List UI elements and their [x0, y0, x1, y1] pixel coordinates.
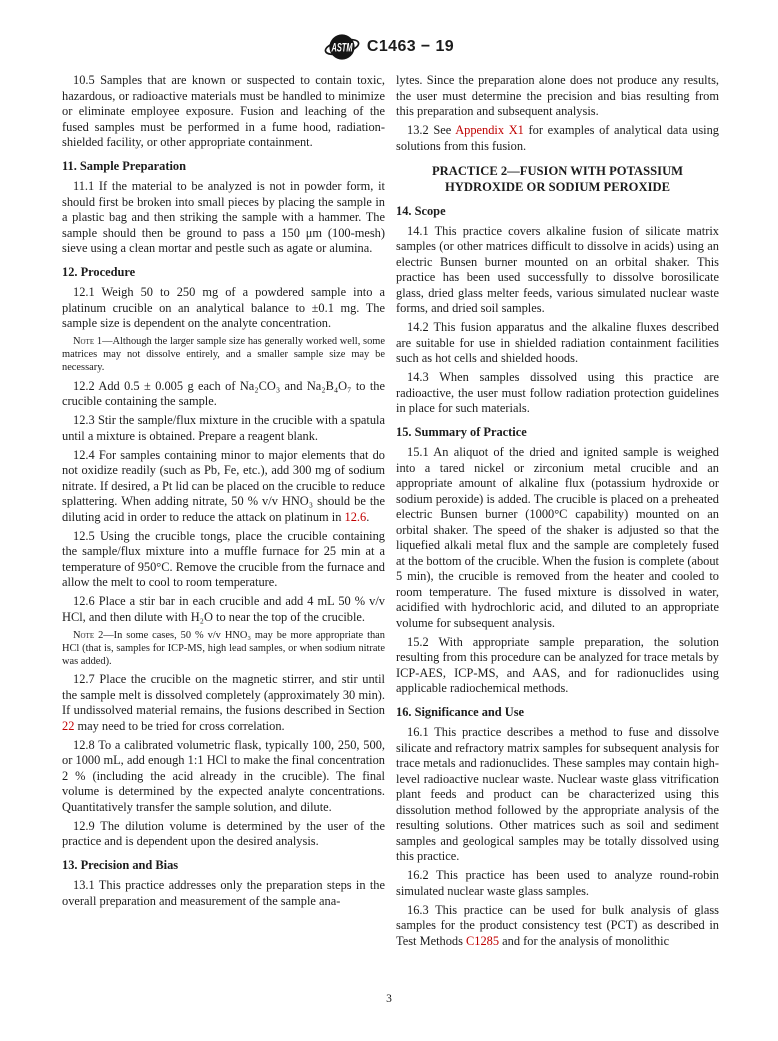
- paragraph: 12.6 Place a stir bar in each crucible a…: [62, 594, 385, 625]
- paragraph: 14.1 This practice covers alkaline fusio…: [396, 224, 719, 317]
- section-heading: 14. Scope: [396, 204, 719, 220]
- section-heading: 11. Sample Preparation: [62, 159, 385, 175]
- paragraph: 16.3 This practice can be used for bulk …: [396, 903, 719, 950]
- page-number: 3: [386, 993, 392, 1005]
- cross-reference-link[interactable]: 12.6: [345, 510, 367, 524]
- text-run: 12.6 Place a stir bar in each crucible a…: [62, 594, 385, 624]
- text-run: Note: [73, 336, 94, 347]
- left-column: 10.5 Samples that are known or suspected…: [62, 73, 385, 953]
- text-run: 14.2 This fusion apparatus and the alkal…: [396, 320, 719, 365]
- paragraph: 11.1 If the material to be analyzed is n…: [62, 179, 385, 257]
- note-paragraph: Note 1—Although the larger sample size h…: [62, 335, 385, 374]
- text-run: 12.1 Weigh 50 to 250 mg of a powdered sa…: [62, 285, 385, 330]
- paragraph: 12.4 For samples containing minor to maj…: [62, 448, 385, 526]
- text-run: 12.3 Stir the sample/flux mixture in the…: [62, 413, 385, 443]
- page-header: ASTM C1463 − 19: [0, 32, 778, 62]
- text-run: 2—In some cases, 50 % v/v HNO₃ may be mo…: [62, 630, 385, 667]
- paragraph: 16.1 This practice describes a method to…: [396, 725, 719, 865]
- section-heading: 13. Precision and Bias: [62, 858, 385, 874]
- text-run: 16.2 This practice has been used to anal…: [396, 868, 719, 898]
- paragraph: 10.5 Samples that are known or suspected…: [62, 73, 385, 151]
- svg-text:ASTM: ASTM: [331, 43, 353, 55]
- text-run: lytes. Since the preparation alone does …: [396, 73, 719, 118]
- cross-reference-link[interactable]: 22: [62, 719, 74, 733]
- section-heading: 15. Summary of Practice: [396, 425, 719, 441]
- text-run: 12.8 To a calibrated volumetric flask, t…: [62, 738, 385, 814]
- paragraph: 12.3 Stir the sample/flux mixture in the…: [62, 413, 385, 444]
- paragraph: 13.2 See Appendix X1 for examples of ana…: [396, 123, 719, 154]
- text-run: and for the analysis of monolithic: [499, 934, 669, 948]
- text-run: 15.2 With appropriate sample preparation…: [396, 635, 719, 696]
- paragraph: 12.1 Weigh 50 to 250 mg of a powdered sa…: [62, 285, 385, 332]
- text-run: 12.2 Add 0.5 ± 0.005 g each of Na₂CO₃ an…: [62, 379, 385, 409]
- text-run: 14.1 This practice covers alkaline fusio…: [396, 224, 719, 316]
- text-run: 16.1 This practice describes a method to…: [396, 725, 719, 863]
- page-footer: 3: [0, 993, 778, 1005]
- astm-logo-icon: ASTM: [324, 32, 360, 62]
- text-run: 12.4 For samples containing minor to maj…: [62, 448, 385, 524]
- text-run: 12.7 Place the crucible on the magnetic …: [62, 672, 385, 717]
- section-heading: 16. Significance and Use: [396, 705, 719, 721]
- text-run: 1—Although the larger sample size has ge…: [62, 336, 385, 373]
- document-body: 10.5 Samples that are known or suspected…: [62, 73, 719, 953]
- note-paragraph: Note 2—In some cases, 50 % v/v HNO₃ may …: [62, 629, 385, 668]
- text-run: 13.1 This practice addresses only the pr…: [62, 878, 385, 908]
- text-run: 13.2 See: [407, 123, 455, 137]
- paragraph: 13.1 This practice addresses only the pr…: [62, 878, 385, 909]
- text-run: 15.1 An aliquot of the dried and ignited…: [396, 445, 719, 630]
- text-run: 11.1 If the material to be analyzed is n…: [62, 179, 385, 255]
- paragraph: 12.5 Using the crucible tongs, place the…: [62, 529, 385, 591]
- paragraph: lytes. Since the preparation alone does …: [396, 73, 719, 120]
- practice-heading: PRACTICE 2—FUSION WITH POTASSIUM HYDROXI…: [396, 163, 719, 195]
- text-run: .: [366, 510, 369, 524]
- paragraph: 16.2 This practice has been used to anal…: [396, 868, 719, 899]
- text-run: may need to be tried for cross correlati…: [74, 719, 284, 733]
- paragraph: 12.7 Place the crucible on the magnetic …: [62, 672, 385, 734]
- text-run: Note: [73, 630, 94, 641]
- paragraph: 12.8 To a calibrated volumetric flask, t…: [62, 738, 385, 816]
- paragraph: 15.1 An aliquot of the dried and ignited…: [396, 445, 719, 631]
- text-run: 10.5 Samples that are known or suspected…: [62, 73, 385, 149]
- text-run: 12.5 Using the crucible tongs, place the…: [62, 529, 385, 590]
- paragraph: 12.2 Add 0.5 ± 0.005 g each of Na₂CO₃ an…: [62, 379, 385, 410]
- paragraph: 14.3 When samples dissolved using this p…: [396, 370, 719, 417]
- doc-code: C1463 − 19: [367, 38, 454, 56]
- cross-reference-link[interactable]: Appendix X1: [455, 123, 524, 137]
- paragraph: 14.2 This fusion apparatus and the alkal…: [396, 320, 719, 367]
- paragraph: 15.2 With appropriate sample preparation…: [396, 635, 719, 697]
- section-heading: 12. Procedure: [62, 265, 385, 281]
- document-page: ASTM C1463 − 19 10.5 Samples that are kn…: [0, 0, 778, 1041]
- right-column: lytes. Since the preparation alone does …: [396, 73, 719, 953]
- text-run: 12.9 The dilution volume is determined b…: [62, 819, 385, 849]
- text-run: 14.3 When samples dissolved using this p…: [396, 370, 719, 415]
- cross-reference-link[interactable]: C1285: [466, 934, 499, 948]
- paragraph: 12.9 The dilution volume is determined b…: [62, 819, 385, 850]
